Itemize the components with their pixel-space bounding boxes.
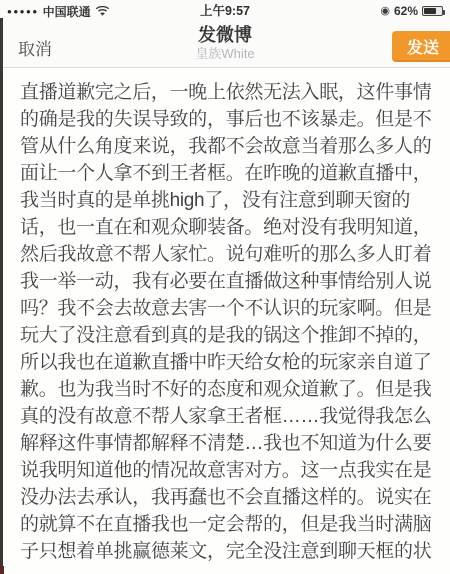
text-line: 话，也一直在和观众聊装备。绝对没有我明知道，: [20, 214, 438, 241]
weibo-compose-screen: ●●●●● 中国联通 上午9:57 ◉ 62% 取消 发微博 皇族Wh: [0, 0, 450, 574]
text-line: 玩大了没注意看到真的是我的锅这个推卸不掉的，: [20, 322, 438, 349]
cancel-button[interactable]: 取消: [18, 35, 52, 60]
status-bar-left: ●●●●● 中国联通: [7, 3, 110, 20]
screenshot-corner-artifact: [0, 566, 4, 574]
text-line: 我当时真的是单挑high了，没有注意到聊天窗的: [20, 187, 438, 214]
page-title: 发微博: [195, 24, 254, 46]
text-line: 直播道歉完之后，一晚上依然无法入眠，这件事情: [20, 79, 438, 106]
rotation-lock-icon: ◉: [380, 6, 390, 17]
text-line: 子只想着单挑赢德莱文，完全没注意到聊天框的状: [20, 538, 438, 565]
status-bar-right: ◉ 62%: [380, 4, 443, 18]
text-line: 管从什么角度来说，我都不会故意当着那么多人的: [20, 133, 438, 160]
battery-nub: [443, 10, 445, 15]
nav-title-group: 发微博 皇族White: [195, 24, 254, 62]
account-name: 皇族White: [195, 46, 254, 62]
carrier-label: 中国联通: [43, 3, 91, 20]
text-line: 我一举一动，我有必要在直播做这种事情给别人说: [20, 268, 438, 295]
text-line: 所以我也在道歉直播中昨天给女枪的玩家亲自道了: [20, 349, 438, 376]
battery-percent-label: 62%: [394, 4, 418, 18]
text-line: 的就算不在直播我也一定会帮的，但是我当时满脑: [20, 511, 438, 538]
text-line: 面让一个人拿不到王者框。在昨晚的道歉直播中，: [20, 160, 438, 187]
status-bar: ●●●●● 中国联通 上午9:57 ◉ 62%: [0, 0, 450, 22]
text-line: 说我明知道他的情况故意害对方。这一点我实在是: [20, 457, 438, 484]
signal-strength-icon: ●●●●●: [7, 7, 39, 16]
text-line: 吗？我不会去故意去害一个不认识的玩家啊。但是: [20, 295, 438, 322]
clock: 上午9:57: [200, 0, 250, 22]
nav-bar: 取消 发微博 皇族White 发送: [0, 22, 450, 68]
text-line: 的确是我的失误导致的，事后也不该暴走。但是不: [20, 106, 438, 133]
text-line: 然后我故意不帮人家忙。说句难听的那么多人盯着: [20, 241, 438, 268]
text-line: 解释这件事情都解释不清楚…我也不知道为什么要: [20, 430, 438, 457]
battery-fill: [424, 8, 436, 14]
compose-textarea[interactable]: 直播道歉完之后，一晚上依然无法入眠，这件事情的确是我的失误导致的，事后也不该暴走…: [0, 68, 450, 574]
screenshot-left-border: [0, 18, 3, 574]
send-button[interactable]: 发送: [392, 31, 450, 62]
text-line: 歉。也为我当时不好的态度和观众道歉了。但是我: [20, 376, 438, 403]
battery-icon: [422, 6, 443, 16]
text-line: 真的没有故意不帮人家拿王者框……我觉得我怎么: [20, 403, 438, 430]
text-line: 没办法去承认，我再蠢也不会直播这样的。说实在: [20, 484, 438, 511]
wifi-icon: [95, 6, 110, 17]
